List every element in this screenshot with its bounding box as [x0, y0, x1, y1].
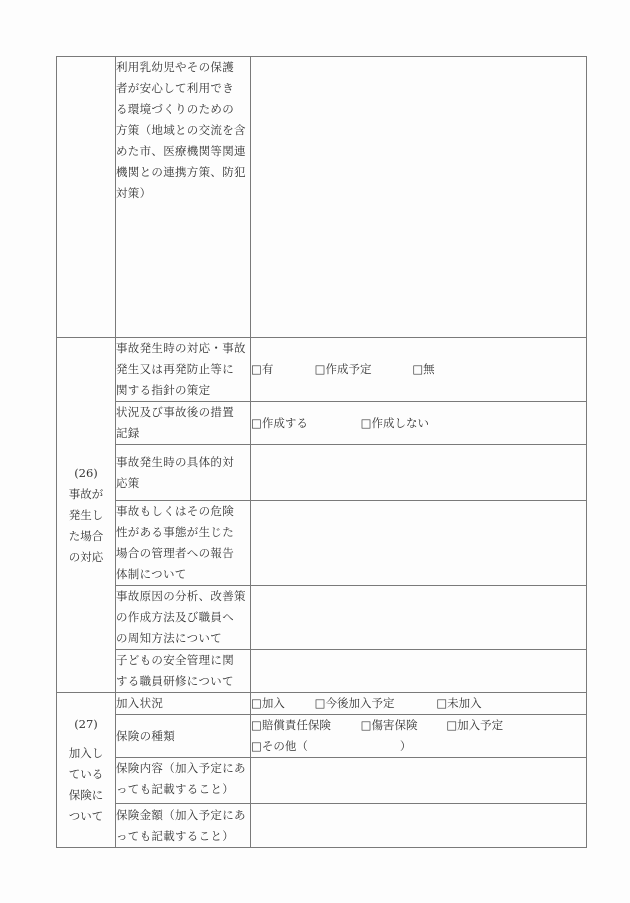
label-line: の作成方法及び職員へ: [116, 607, 250, 628]
label-line: 記録: [116, 423, 250, 444]
label-line: 体制について: [116, 564, 250, 585]
label-accident-records: 状況及び事故後の措置 記録: [116, 402, 251, 445]
section-title-line: ている: [57, 764, 115, 785]
input-insurance-content[interactable]: [251, 758, 587, 804]
section-27-header: (27) 加入し ている 保険に ついて: [57, 693, 116, 848]
row-environment-measures: 利用乳幼児やその保護 者が安心して利用でき る環境づくりのための 方策（地域との…: [57, 57, 587, 338]
input-safety-training[interactable]: [251, 650, 587, 693]
label-line: 事故発生時の具体的対: [116, 452, 250, 473]
section-title-line: 発生し: [57, 505, 115, 526]
section-number: (26): [57, 463, 115, 484]
label-line: 対策）: [116, 183, 250, 204]
checkbox-enrolled[interactable]: □加入: [251, 693, 311, 714]
label-line: 機関との連携方策、防犯: [116, 162, 250, 183]
label-line: 事故原因の分析、改善策: [116, 586, 250, 607]
row-insurance-type: 保険の種類 □賠償責任保険 □傷害保険 □加入予定 □その他（ ）: [57, 715, 587, 758]
section-number: (27): [57, 714, 115, 735]
label-line: 子どもの安全管理に関: [116, 650, 250, 671]
label-line: っても記載すること）: [116, 779, 250, 800]
label-line: めた市、医療機関等関連: [116, 141, 250, 162]
options-insurance-type: □賠償責任保険 □傷害保険 □加入予定 □その他（ ）: [251, 715, 587, 758]
checkbox-yes[interactable]: □有: [251, 359, 311, 380]
input-reporting-system[interactable]: [251, 501, 587, 586]
checkbox-other-insurance[interactable]: □その他（ ）: [251, 736, 586, 757]
label-line: 場合の管理者への報告: [116, 543, 250, 564]
section-title-line: ついて: [57, 806, 115, 827]
label-safety-training: 子どもの安全管理に関 する職員研修について: [116, 650, 251, 693]
label-insurance-content: 保険内容（加入予定にあ っても記載すること）: [116, 758, 251, 804]
label-line: 加入状況: [116, 693, 250, 714]
row-enrollment-status: (27) 加入し ている 保険に ついて 加入状況 □加入 □今後加入予定 □未…: [57, 693, 587, 715]
label-line: 方策（地域との交流を含: [116, 120, 250, 141]
input-insurance-amount[interactable]: [251, 804, 587, 848]
section-title-line: 保険に: [57, 785, 115, 806]
label-line: 関する指針の策定: [116, 380, 250, 401]
label-line: 保険の種類: [116, 726, 250, 747]
checkbox-plan-to-enroll-type[interactable]: □加入予定: [446, 715, 503, 736]
label-line: する職員研修について: [116, 671, 250, 692]
row-cause-analysis: 事故原因の分析、改善策 の作成方法及び職員へ の周知方法について: [57, 586, 587, 650]
label-insurance-type: 保険の種類: [116, 715, 251, 758]
label-enrollment-status: 加入状況: [116, 693, 251, 715]
label-line: る環境づくりのための: [116, 99, 250, 120]
label-line: 状況及び事故後の措置: [116, 402, 250, 423]
row-specific-measures: 事故発生時の具体的対 応策: [57, 445, 587, 501]
section-title-line: 加入し: [57, 743, 115, 764]
options-accident-guideline: □有 □作成予定 □無: [251, 338, 587, 402]
label-line: 事故もしくはその危険: [116, 501, 250, 522]
row-reporting-system: 事故もしくはその危険 性がある事態が生じた 場合の管理者への報告 体制について: [57, 501, 587, 586]
label-line: の周知方法について: [116, 628, 250, 649]
label-line: 保険内容（加入予定にあ: [116, 758, 250, 779]
section-cell-empty: [57, 57, 116, 338]
label-line: 事故発生時の対応・事故: [116, 338, 250, 359]
row-insurance-amount: 保険金額（加入予定にあ っても記載すること）: [57, 804, 587, 848]
label-insurance-amount: 保険金額（加入予定にあ っても記載すること）: [116, 804, 251, 848]
checkbox-plan-to-enroll[interactable]: □今後加入予定: [315, 693, 433, 714]
section-title-line: の対応: [57, 547, 115, 568]
label-line: 性がある事態が生じた: [116, 522, 250, 543]
checkbox-planned[interactable]: □作成予定: [315, 359, 409, 380]
section-title-line: 事故が: [57, 484, 115, 505]
label-line: 利用乳幼児やその保護: [116, 57, 250, 78]
row-safety-training: 子どもの安全管理に関 する職員研修について: [57, 650, 587, 693]
section-title-line: た場合: [57, 526, 115, 547]
options-enrollment-status: □加入 □今後加入予定 □未加入: [251, 693, 587, 715]
application-form-table: 利用乳幼児やその保護 者が安心して利用でき る環境づくりのための 方策（地域との…: [56, 56, 587, 848]
label-cause-analysis: 事故原因の分析、改善策 の作成方法及び職員へ の周知方法について: [116, 586, 251, 650]
label-specific-measures: 事故発生時の具体的対 応策: [116, 445, 251, 501]
label-accident-guideline: 事故発生時の対応・事故 発生又は再発防止等に 関する指針の策定: [116, 338, 251, 402]
label-line: 発生又は再発防止等に: [116, 359, 250, 380]
checkbox-liability-insurance[interactable]: □賠償責任保険: [251, 715, 357, 736]
label-line: 者が安心して利用でき: [116, 78, 250, 99]
input-cause-analysis[interactable]: [251, 586, 587, 650]
row-accident-guideline: (26) 事故が 発生し た場合 の対応 事故発生時の対応・事故 発生又は再発防…: [57, 338, 587, 402]
label-line: っても記載すること）: [116, 826, 250, 847]
options-accident-records: □作成する □作成しない: [251, 402, 587, 445]
checkbox-not-create[interactable]: □作成しない: [361, 413, 429, 434]
label-environment-measures: 利用乳幼児やその保護 者が安心して利用でき る環境づくりのための 方策（地域との…: [116, 57, 251, 338]
checkbox-accident-insurance[interactable]: □傷害保険: [361, 715, 443, 736]
checkbox-not-enrolled[interactable]: □未加入: [436, 693, 481, 714]
label-line: 保険金額（加入予定にあ: [116, 805, 250, 826]
checkbox-none[interactable]: □無: [412, 359, 434, 380]
label-reporting-system: 事故もしくはその危険 性がある事態が生じた 場合の管理者への報告 体制について: [116, 501, 251, 586]
section-26-header: (26) 事故が 発生し た場合 の対応: [57, 338, 116, 693]
input-specific-measures[interactable]: [251, 445, 587, 501]
row-insurance-content: 保険内容（加入予定にあ っても記載すること）: [57, 758, 587, 804]
input-environment-measures[interactable]: [251, 57, 587, 338]
checkbox-create[interactable]: □作成する: [251, 413, 357, 434]
label-line: 応策: [116, 473, 250, 494]
row-accident-records: 状況及び事故後の措置 記録 □作成する □作成しない: [57, 402, 587, 445]
